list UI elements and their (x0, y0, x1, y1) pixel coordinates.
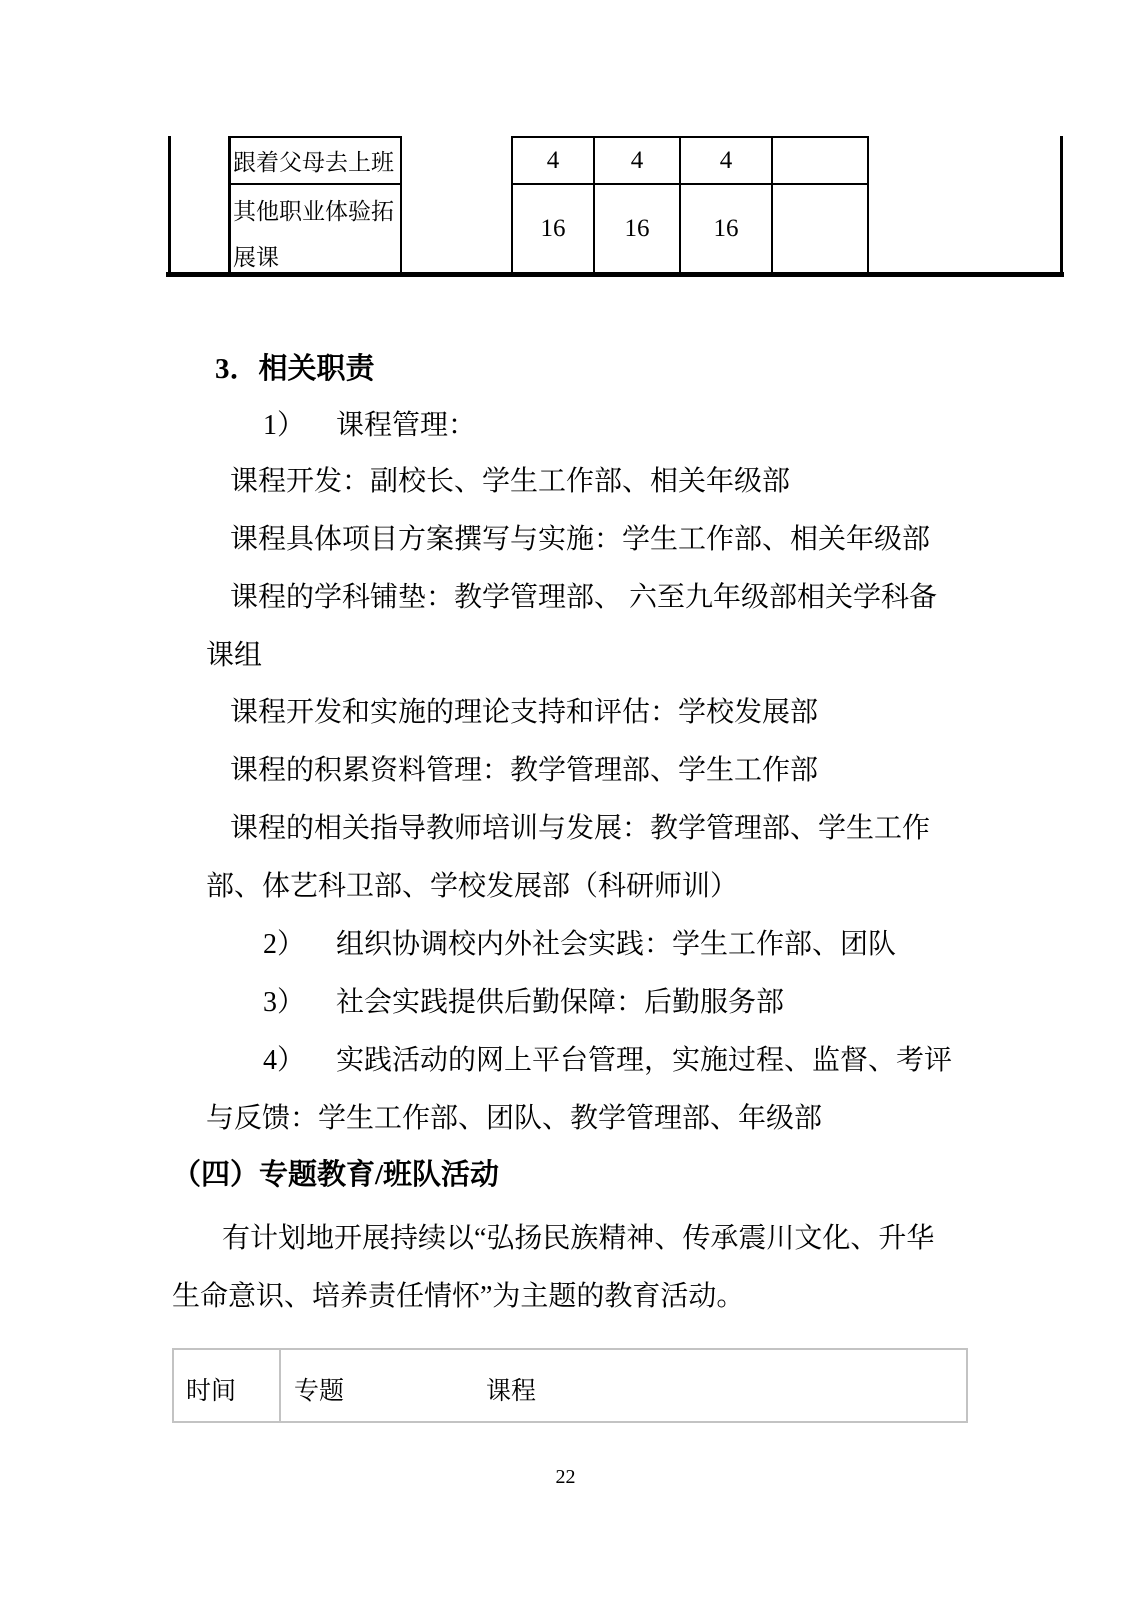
paragraph-line: 课程的相关指导教师培训与发展：教学管理部、学生工作 (230, 813, 930, 845)
table-cell-activity: 其他职业体验拓展课 (233, 189, 403, 277)
paragraph-line: 课组 (206, 640, 262, 672)
numbered-item: 1）课程管理： (263, 410, 476, 442)
item-text: 课程管理： (336, 410, 476, 441)
paragraph-line: 课程开发和实施的理论支持和评估：学校发展部 (230, 697, 818, 729)
item-number: 3） (263, 987, 336, 1019)
table-cell-value: 16 (681, 186, 771, 272)
item-text: 实践活动的网上平台管理，实施过程、监督、考评 (336, 1045, 952, 1076)
table-border-label-left (228, 136, 231, 277)
document-page: 跟着父母去上班 其他职业体验拓展课 4 4 4 16 16 16 3．相关职责 … (0, 0, 1131, 1600)
table-border-right-outer (1060, 136, 1063, 277)
section-heading-theme-education: （四）专题教育/班队活动 (172, 1159, 499, 1191)
paragraph-line: 部、体艺科卫部、学校发展部（科研师训） (206, 871, 738, 903)
schedule-col-course: 课程 (486, 1371, 536, 1407)
table-cell-empty (773, 186, 867, 272)
schedule-col-time: 时间 (186, 1371, 236, 1407)
paragraph-line: 与反馈：学生工作部、团队、教学管理部、年级部 (206, 1103, 822, 1135)
paragraph-line: 课程开发：副校长、学生工作部、相关年级部 (230, 466, 790, 498)
item-number: 1） (263, 410, 336, 442)
table-border-left-outer (168, 136, 171, 277)
table-cell-empty (773, 138, 867, 183)
table-cell-value: 16 (513, 186, 593, 272)
table-cell-value: 16 (595, 186, 679, 272)
numbered-item: 3）社会实践提供后勤保障：后勤服务部 (263, 987, 784, 1019)
paragraph-line: 课程的积累资料管理：教学管理部、学生工作部 (230, 755, 818, 787)
table-cell-value: 4 (513, 138, 593, 183)
item-number: 2） (263, 929, 336, 961)
schedule-table (172, 1348, 968, 1423)
table-cell-value: 4 (595, 138, 679, 183)
table-cell-activity: 跟着父母去上班 (233, 136, 400, 184)
table-cell-value: 4 (681, 138, 771, 183)
numbered-item: 4）实践活动的网上平台管理，实施过程、监督、考评 (263, 1045, 952, 1077)
page-number: 22 (0, 1466, 1131, 1489)
item-number: 4） (263, 1045, 336, 1077)
schedule-col-topic: 专题 (294, 1371, 344, 1407)
table-border-col4-right (867, 136, 869, 277)
table-border-values-rowdiv (511, 183, 869, 185)
section-heading-responsibilities: 3．相关职责 (215, 353, 375, 385)
numbered-item: 2）组织协调校内外社会实践：学生工作部、团队 (263, 929, 896, 961)
item-text: 社会实践提供后勤保障：后勤服务部 (336, 987, 784, 1018)
paragraph-line: 课程具体项目方案撰写与实施：学生工作部、相关年级部 (230, 524, 930, 556)
schedule-table-divider (279, 1350, 281, 1421)
item-text: 组织协调校内外社会实践：学生工作部、团队 (336, 929, 896, 960)
paragraph-line: 有计划地开展持续以“弘扬民族精神、传承震川文化、升华 (222, 1223, 934, 1255)
paragraph-line: 生命意识、培养责任情怀”为主题的教育活动。 (172, 1281, 744, 1313)
paragraph-line: 课程的学科铺垫：教学管理部、 六至九年级部相关学科备 (230, 582, 937, 614)
